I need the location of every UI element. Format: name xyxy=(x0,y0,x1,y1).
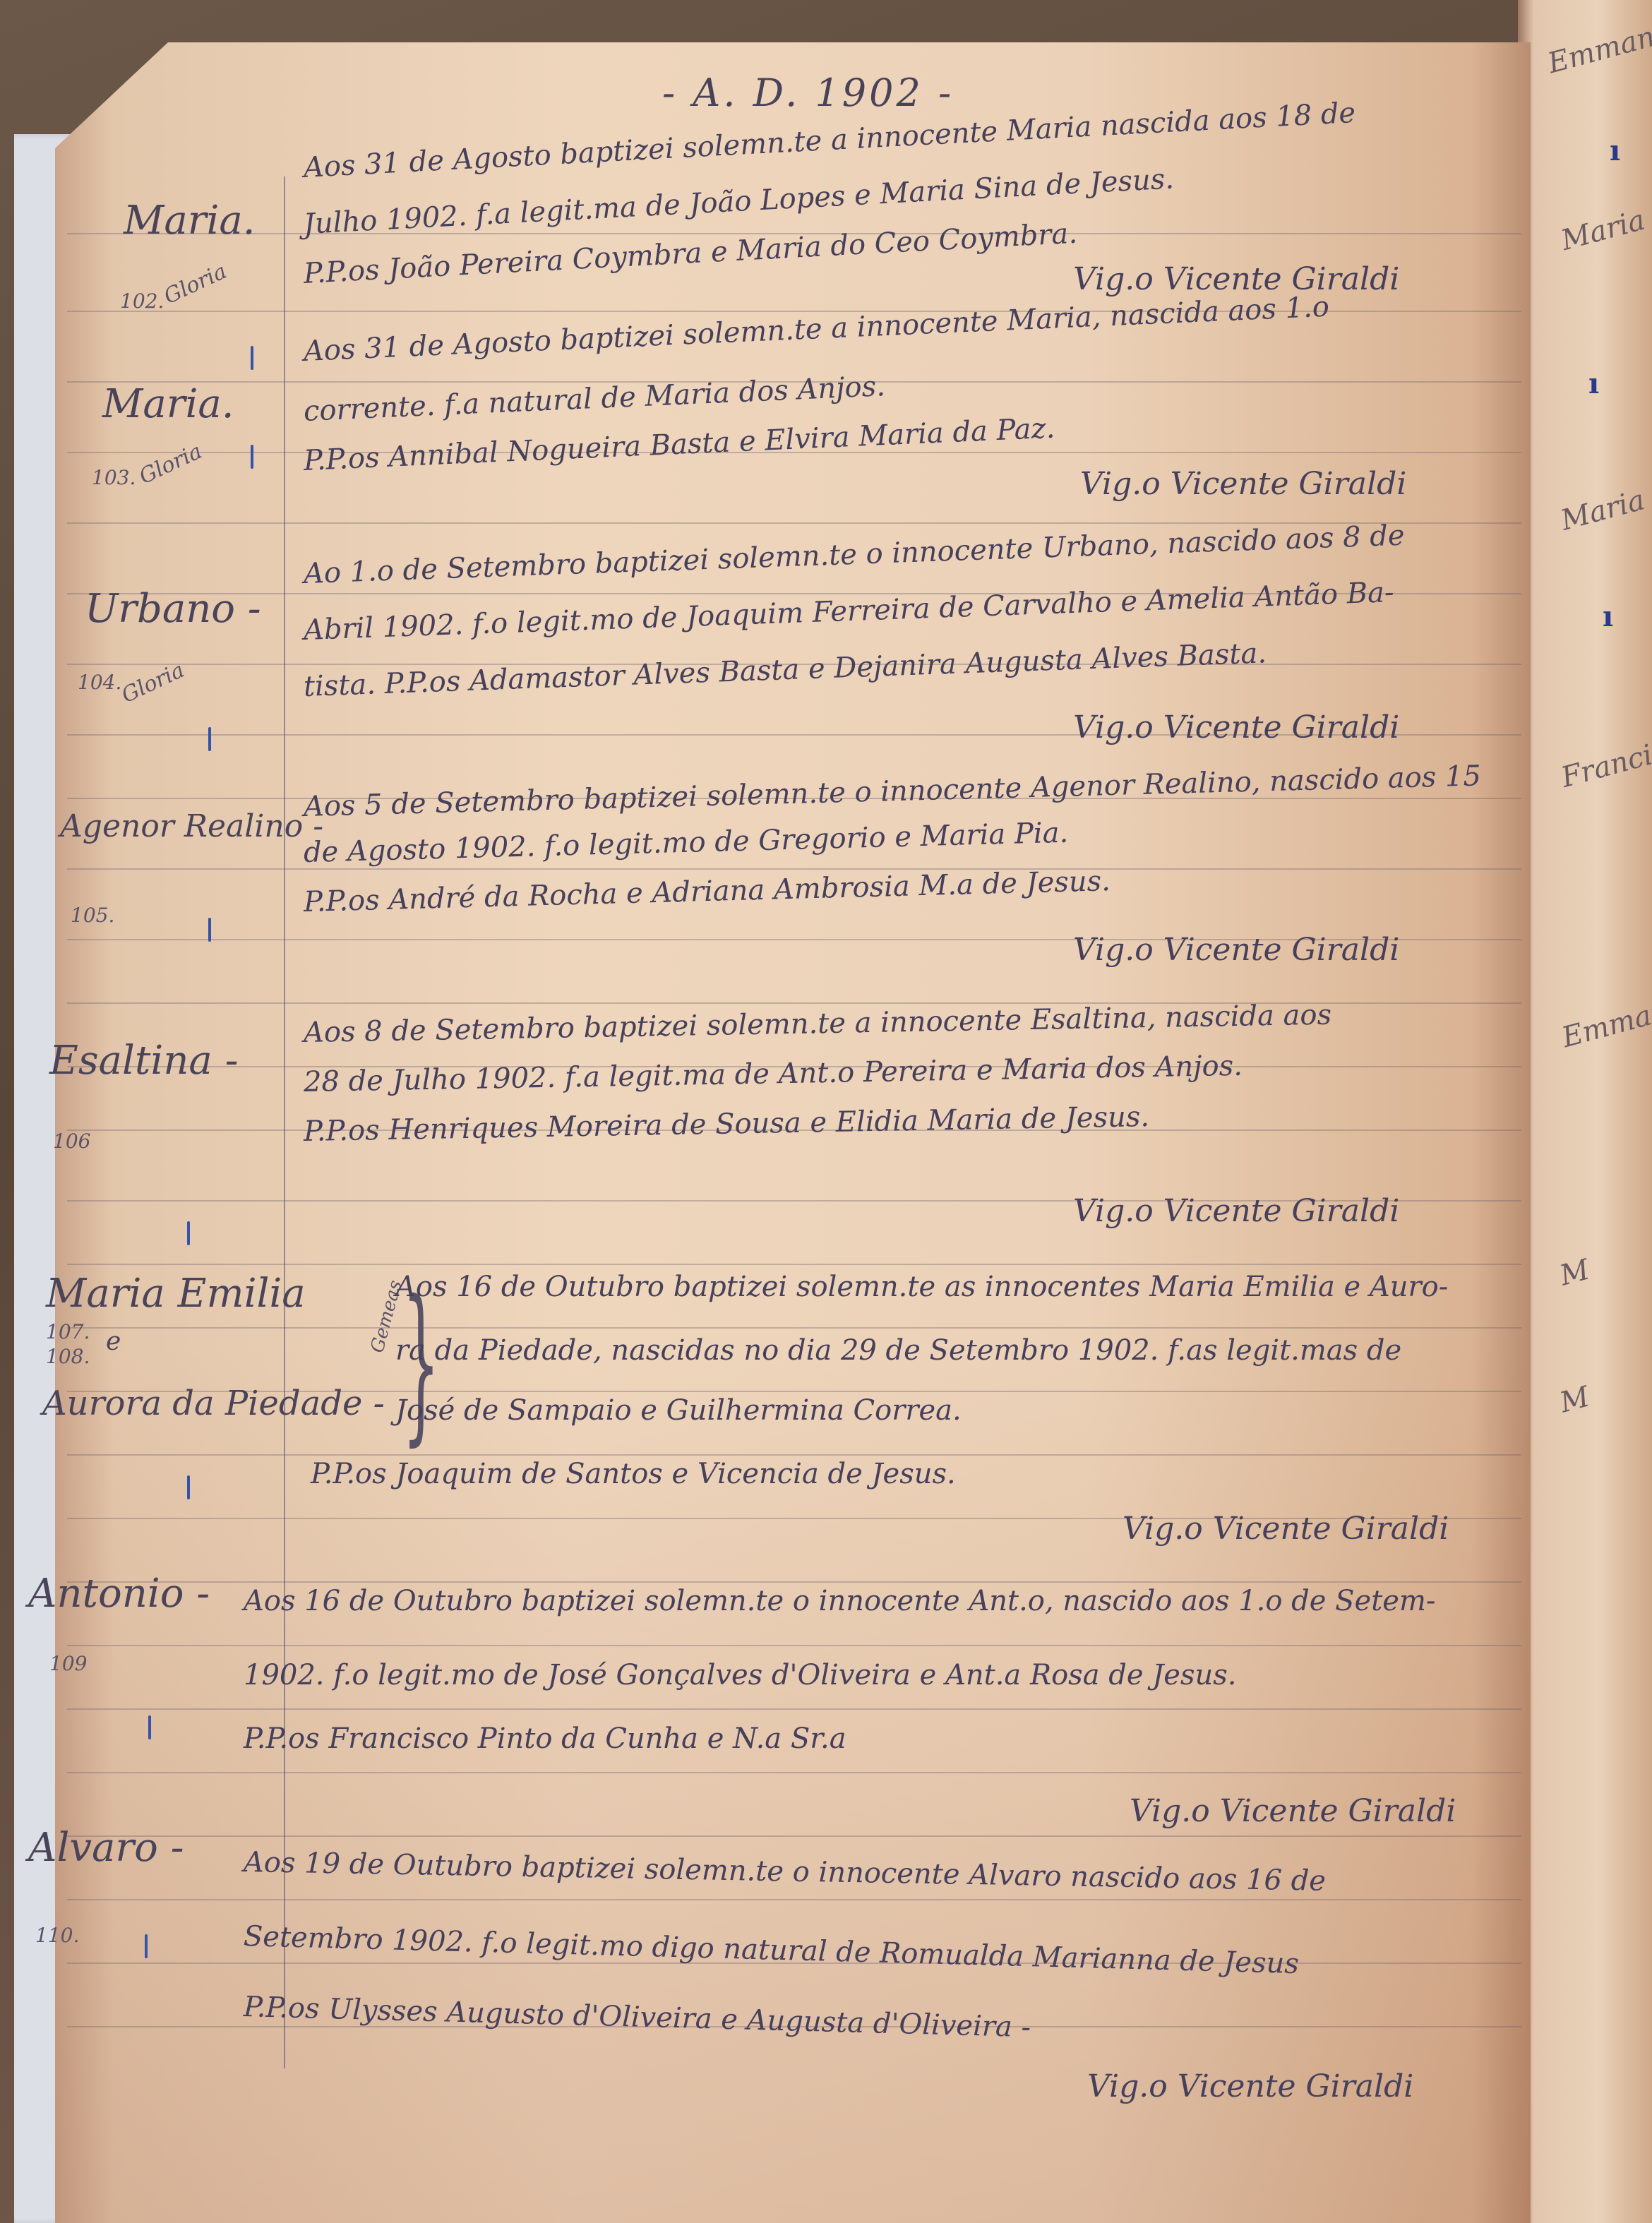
blue-tick-mark xyxy=(187,1221,190,1245)
priest-signature: Vig.o Vicente Giraldi xyxy=(1073,261,1399,297)
priest-signature: Vig.o Vicente Giraldi xyxy=(1073,932,1399,968)
entry-line: P.P.os Joaquim de Santos e Vicencia de J… xyxy=(311,1458,956,1490)
entry-name: Maria Emilia xyxy=(46,1271,306,1317)
entry-name: Maria. xyxy=(124,198,256,244)
ruled-line xyxy=(67,1327,1521,1329)
ruled-line xyxy=(67,1264,1521,1265)
entry-number: 102. xyxy=(120,289,164,313)
entry-name: Aurora da Piedade - xyxy=(42,1384,385,1423)
entry-number: 104. xyxy=(78,671,121,694)
adjacent-page-word: Emmanuel xyxy=(1545,9,1652,80)
entry-number: 106 xyxy=(53,1130,90,1153)
margin-rule xyxy=(284,176,285,2068)
ruled-line xyxy=(67,1835,1521,1837)
blue-tick-mark xyxy=(251,346,253,370)
entry-name: Antonio - xyxy=(28,1571,210,1617)
adjacent-page-word: Maria xyxy=(1557,484,1648,537)
entry-line: Aos 16 de Outubro baptizei solemn.te o i… xyxy=(244,1585,1435,1617)
priest-signature: Vig.o Vicente Giraldi xyxy=(1073,709,1399,745)
adjacent-page-word: Maria - xyxy=(1558,199,1652,257)
ruled-line xyxy=(67,1581,1521,1583)
adjacent-page-word: Francis xyxy=(1558,735,1652,794)
ruled-line xyxy=(67,1454,1521,1456)
adjacent-page-word: M xyxy=(1557,1380,1593,1419)
blue-tick-mark xyxy=(187,1475,190,1499)
adjacent-page: Emmanuel ı Maria - ı Maria ı Francis Emm… xyxy=(1518,0,1652,2223)
entry-name: Esaltina - xyxy=(49,1038,239,1084)
blue-tick-mark xyxy=(208,918,211,942)
adjacent-page-word: Emmanuel xyxy=(1559,983,1652,1055)
blue-tick-mark xyxy=(208,727,211,751)
blue-tick-mark: ı xyxy=(1603,600,1613,633)
priest-signature: Vig.o Vicente Giraldi xyxy=(1073,1193,1399,1229)
entry-line: P.P.os Francisco Pinto da Cunha e N.a Sr… xyxy=(244,1722,846,1755)
page-heading: - A. D. 1902 - xyxy=(662,71,954,115)
entry-line: José de Sampaio e Guilhermina Correa. xyxy=(395,1394,962,1427)
blue-tick-mark xyxy=(251,445,253,469)
entry-line: Aos 16 de Outubro baptizei solemn.te as … xyxy=(395,1271,1448,1303)
entry-number: 103. xyxy=(92,466,136,489)
entry-number: 108. xyxy=(46,1345,90,1368)
priest-signature: Vig.o Vicente Giraldi xyxy=(1087,2068,1413,2104)
priest-signature: Vig.o Vicente Giraldi xyxy=(1130,1793,1456,1829)
entry-name: Urbano - xyxy=(85,586,261,632)
priest-signature: Vig.o Vicente Giraldi xyxy=(1123,1511,1449,1547)
entry-name: Alvaro - xyxy=(28,1825,184,1871)
ruled-line xyxy=(67,1772,1521,1773)
entry-line: ra da Piedade, nascidas no dia 29 de Set… xyxy=(395,1334,1401,1367)
blue-tick-mark: ı xyxy=(1588,367,1599,400)
entry-name: Maria. xyxy=(102,381,234,427)
entry-name: Agenor Realino - xyxy=(60,808,323,844)
ruled-line xyxy=(67,868,1521,870)
blue-tick-mark xyxy=(145,1934,148,1958)
blue-tick-mark xyxy=(148,1715,151,1739)
entry-line: 1902. f.o legit.mo de José Gonçalves d'O… xyxy=(244,1659,1237,1691)
entry-number: 110. xyxy=(35,1924,79,1947)
entry-number: 105. xyxy=(71,904,114,927)
entry-number: 109 xyxy=(49,1652,87,1675)
ruled-line xyxy=(67,1899,1521,1900)
ruled-line xyxy=(67,1645,1521,1646)
adjacent-page-word: M xyxy=(1557,1253,1593,1292)
blue-tick-mark: ı xyxy=(1610,134,1620,167)
priest-signature: Vig.o Vicente Giraldi xyxy=(1080,466,1406,502)
entry-conjunction: e xyxy=(106,1327,121,1356)
entry-number: 107. xyxy=(46,1320,90,1343)
ruled-line xyxy=(67,1708,1521,1710)
